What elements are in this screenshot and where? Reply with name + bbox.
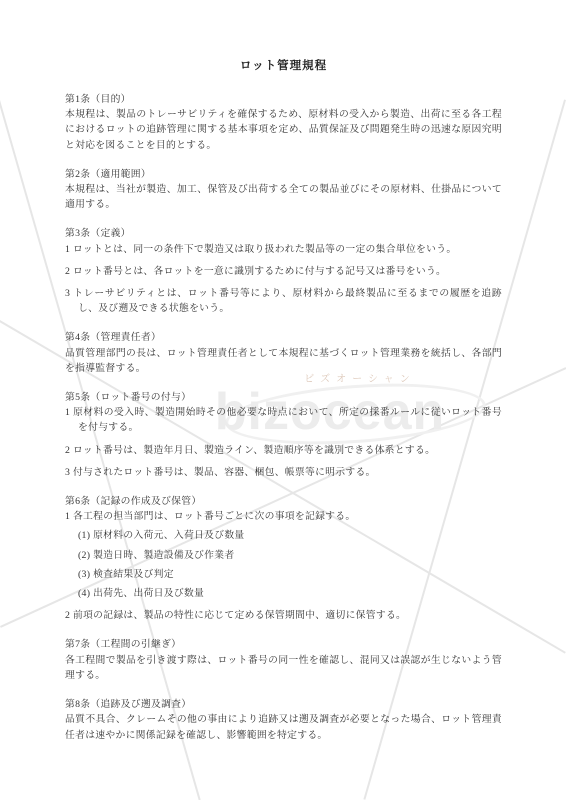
article-heading: 第6条（記録の作成及び保管） [65,494,502,509]
article-paragraph: 各工程間で製品を引き渡す際は、ロット番号の同一性を確認し、混同又は誤認が生じない… [65,653,502,683]
article-paragraph: 本規程は、製品のトレーサビリティを確保するため、原材料の受入から製造、出荷に至る… [65,107,502,153]
article-heading: 第1条（目的） [65,92,502,107]
article-item: 1 原材料の受入時、製造開始時その他必要な時点において、所定の採番ルールに従いロ… [65,405,502,435]
article-subitem: (4) 出荷先、出荷日及び数量 [78,586,502,601]
article-heading: 第2条（適用範囲） [65,167,502,182]
article-3: 第3条（定義） 1 ロットとは、同一の条件下で製造又は取り扱われた製品等の一定の… [65,226,502,316]
article-heading: 第5条（ロット番号の付与） [65,390,502,405]
article-item: 1 各工程の担当部門は、ロット番号ごとに次の事項を記録する。 [65,509,502,524]
article-7: 第7条（工程間の引継ぎ） 各工程間で製品を引き渡す際は、ロット番号の同一性を確認… [65,637,502,683]
document-content: ロット管理規程 第1条（目的） 本規程は、製品のトレーサビリティを確保するため、… [0,0,566,743]
article-subitem: (3) 検査結果及び判定 [78,567,502,582]
article-item: 2 ロット番号は、製造年月日、製造ライン、製造順序等を識別できる体系とする。 [65,443,502,458]
article-5: 第5条（ロット番号の付与） 1 原材料の受入時、製造開始時その他必要な時点におい… [65,390,502,480]
document-title: ロット管理規程 [65,59,502,74]
article-1: 第1条（目的） 本規程は、製品のトレーサビリティを確保するため、原材料の受入から… [65,92,502,153]
article-4: 第4条（管理責任者） 品質管理部門の長は、ロット管理責任者として本規程に基づくロ… [65,330,502,376]
document-page: ビズオーシャン bizocean ロット管理規程 第1条（目的） 本規程は、製品… [0,0,566,800]
article-heading: 第4条（管理責任者） [65,330,502,345]
article-heading: 第3条（定義） [65,226,502,241]
article-2: 第2条（適用範囲） 本規程は、当社が製造、加工、保管及び出荷する全ての製品並びに… [65,167,502,213]
article-item: 3 付与されたロット番号は、製品、容器、梱包、帳票等に明示する。 [65,465,502,480]
article-8: 第8条（追跡及び遡及調査） 品質不具合、クレームその他の事由により追跡又は遡及調… [65,697,502,743]
article-item: 2 前項の記録は、製品の特性に応じて定める保管期間中、適切に保管する。 [65,608,502,623]
article-item: 1 ロットとは、同一の条件下で製造又は取り扱われた製品等の一定の集合単位をいう。 [65,242,502,257]
article-item: 2 ロット番号とは、各ロットを一意に識別するために付与する記号又は番号をいう。 [65,264,502,279]
article-paragraph: 品質不具合、クレームその他の事由により追跡又は遡及調査が必要となった場合、ロット… [65,712,502,742]
article-heading: 第8条（追跡及び遡及調査） [65,697,502,712]
article-heading: 第7条（工程間の引継ぎ） [65,637,502,652]
article-subitem: (1) 原材料の入荷元、入荷日及び数量 [78,528,502,543]
article-item: 3 トレーサビリティとは、ロット番号等により、原材料から最終製品に至るまでの履歴… [65,286,502,316]
article-subitem: (2) 製造日時、製造設備及び作業者 [78,548,502,563]
article-paragraph: 品質管理部門の長は、ロット管理責任者として本規程に基づくロット管理業務を統括し、… [65,346,502,376]
article-paragraph: 本規程は、当社が製造、加工、保管及び出荷する全ての製品並びにその原材料、仕掛品に… [65,182,502,212]
article-6: 第6条（記録の作成及び保管） 1 各工程の担当部門は、ロット番号ごとに次の事項を… [65,494,502,623]
